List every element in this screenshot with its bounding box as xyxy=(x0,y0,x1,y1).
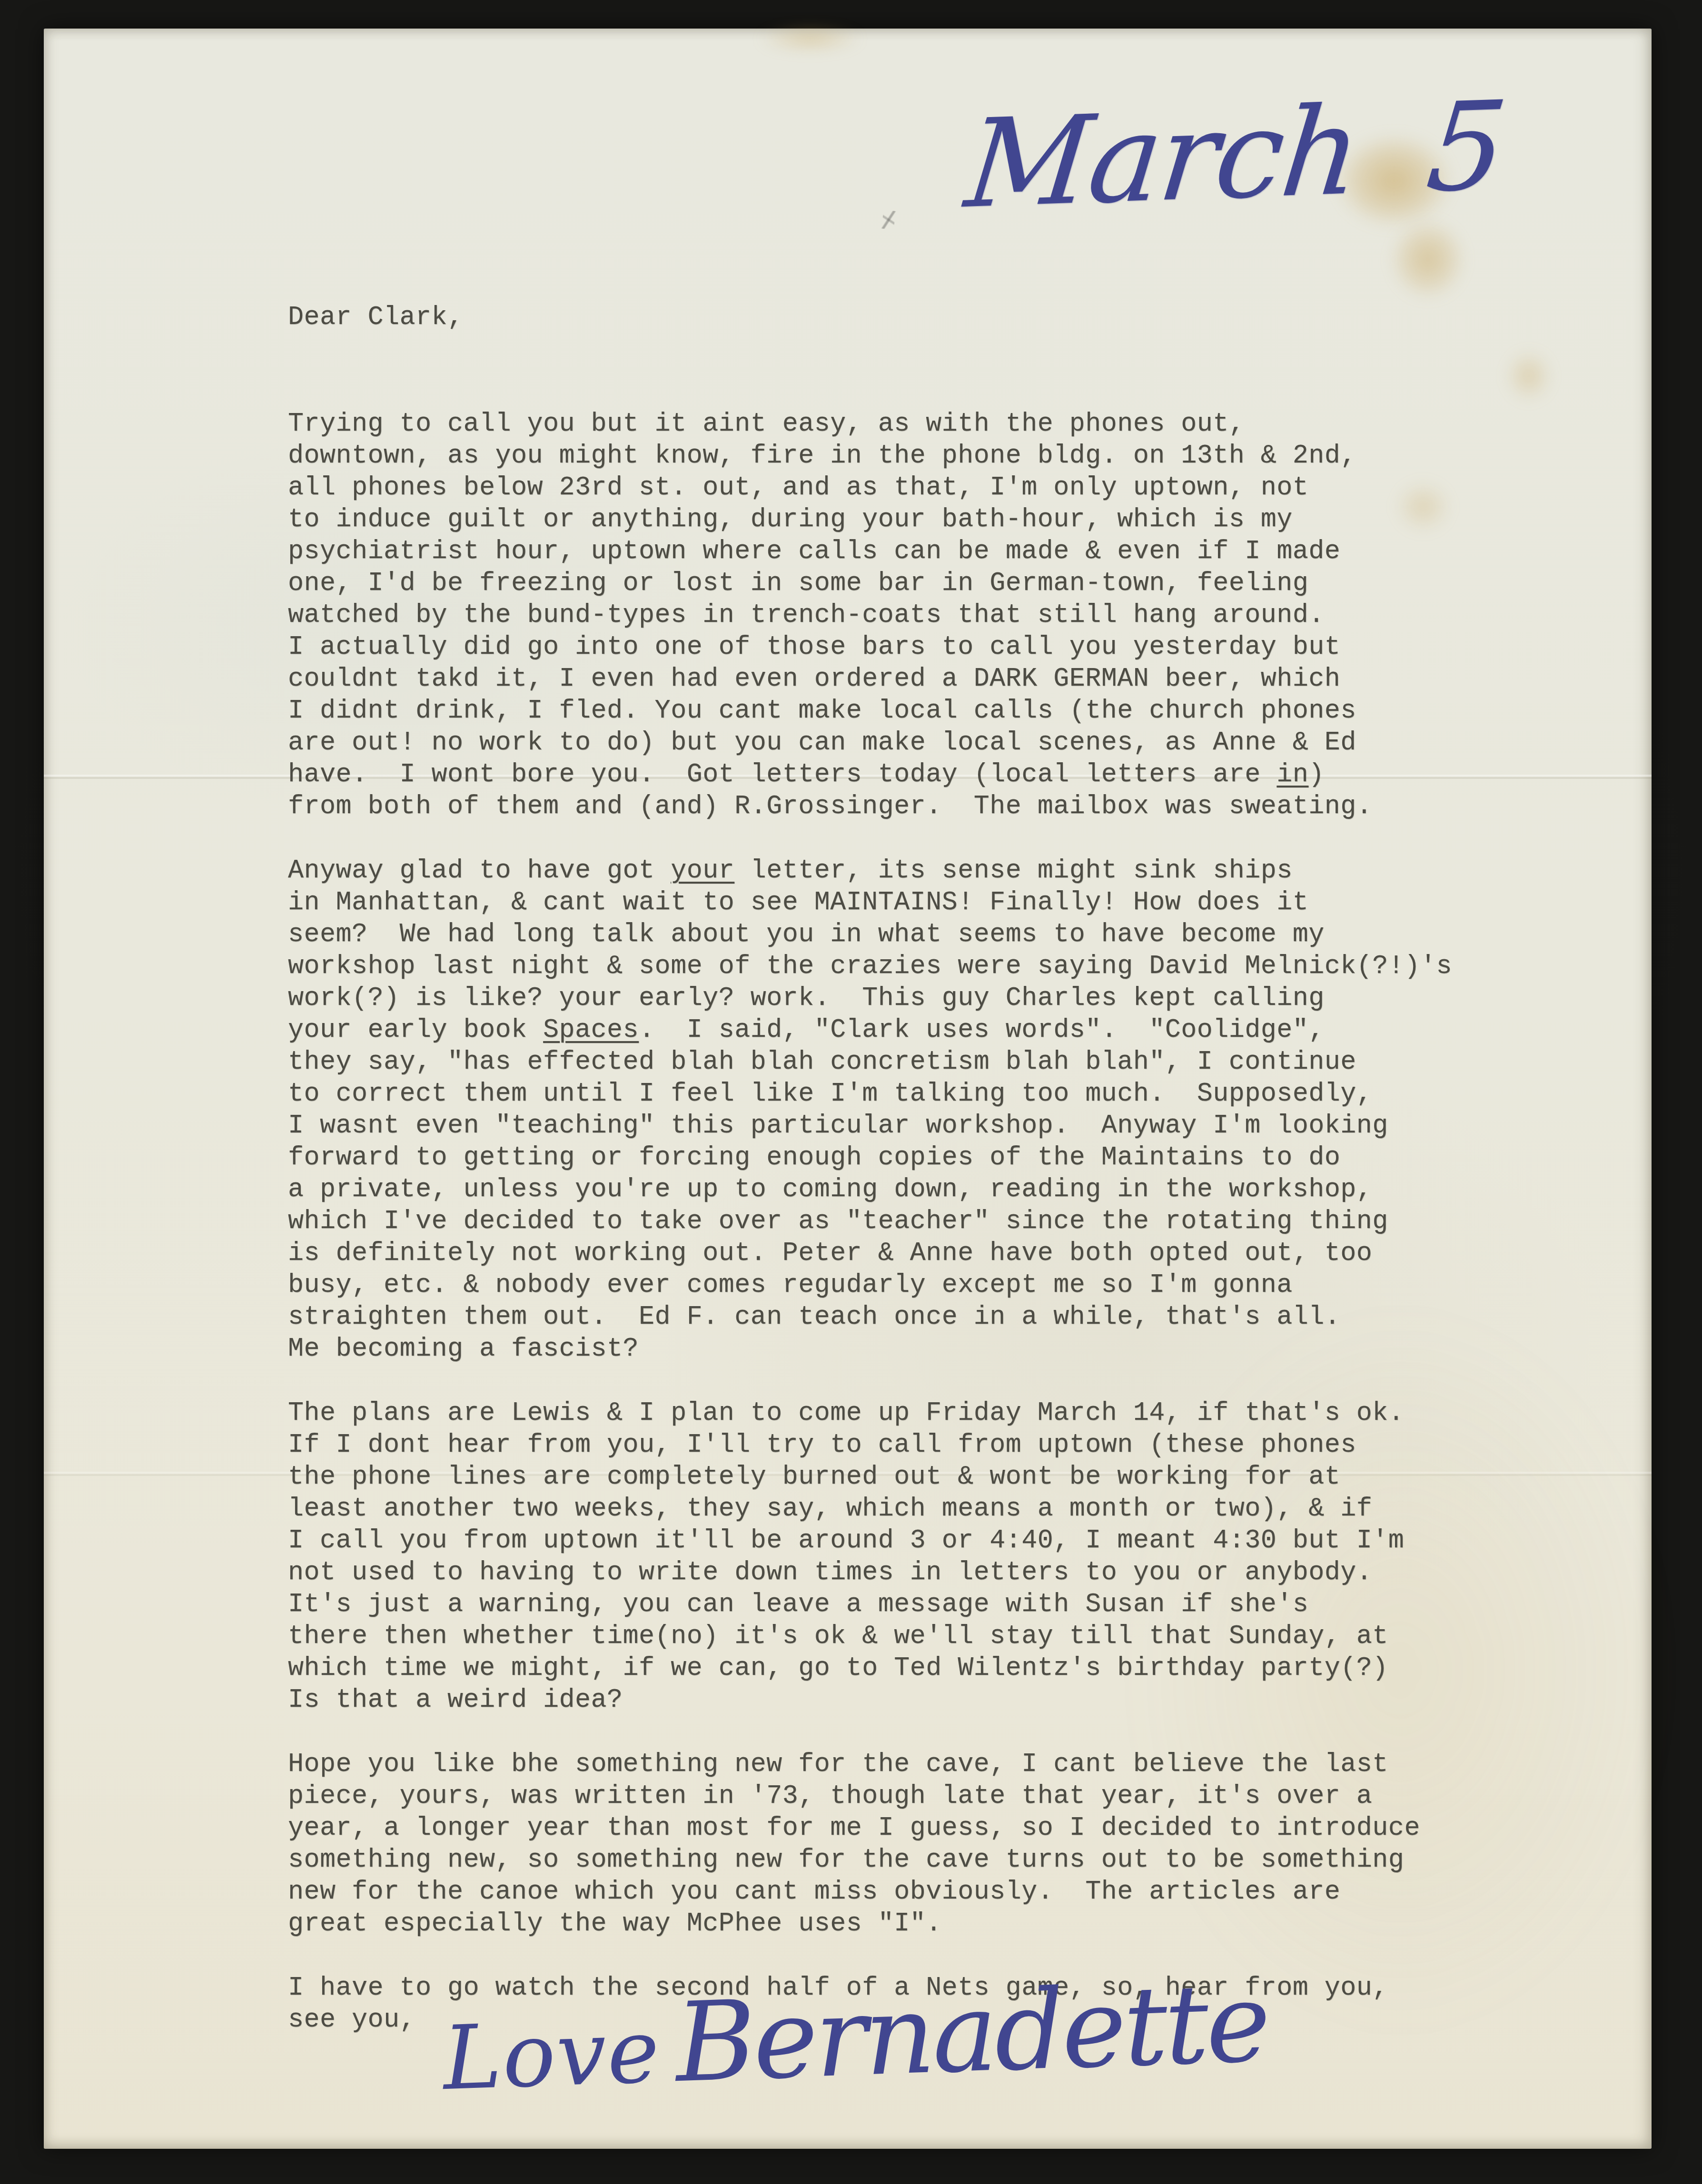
typewritten-line: straighten them out. Ed F. can teach onc… xyxy=(288,1301,1583,1333)
typewritten-line: forward to getting or forcing enough cop… xyxy=(288,1141,1583,1173)
signature-name: Bernadette xyxy=(673,1959,1270,2107)
typewritten-line: Anyway glad to have got your letter, its… xyxy=(288,855,1583,886)
paragraph: Anyway glad to have got your letter, its… xyxy=(288,855,1583,1365)
paragraph: The plans are Lewis & I plan to come up … xyxy=(288,1397,1583,1716)
typewritten-line: I call you from uptown it'll be around 3… xyxy=(288,1525,1583,1556)
typewritten-line: It's just a warning, you can leave a mes… xyxy=(288,1588,1583,1620)
typewritten-line: a private, unless you're up to coming do… xyxy=(288,1173,1583,1205)
typewritten-line: from both of them and (and) R.Grossinger… xyxy=(288,790,1583,822)
typewritten-line: new for the canoe which you cant miss ob… xyxy=(288,1876,1583,1908)
typewritten-line: your early book Spaces. I said, "Clark u… xyxy=(288,1014,1583,1046)
underlined-word: Spaces xyxy=(543,1015,639,1045)
typewritten-line: year, a longer year than most for me I g… xyxy=(288,1812,1583,1844)
paper-stain xyxy=(1390,219,1466,300)
typewritten-line: workshop last night & some of the crazie… xyxy=(288,950,1583,982)
signature-closing: Love xyxy=(441,1999,662,2110)
typewritten-line: least another two weeks, they say, which… xyxy=(288,1493,1583,1525)
typewritten-line: one, I'd be freezing or lost in some bar… xyxy=(288,567,1583,599)
typewritten-line: are out! no work to do) but you can make… xyxy=(288,727,1583,758)
smudge-mark xyxy=(881,209,896,230)
typewritten-line: Hope you like bhe something new for the … xyxy=(288,1748,1583,1780)
letter-page: March 5 Dear Clark, Trying to call you b… xyxy=(44,29,1652,2149)
typewritten-line: work(?) is like? your early? work. This … xyxy=(288,982,1583,1014)
underlined-word: in xyxy=(1276,759,1308,789)
typewritten-line: couldnt takd it, I even had even ordered… xyxy=(288,663,1583,695)
scanner-background: March 5 Dear Clark, Trying to call you b… xyxy=(0,0,1702,2184)
typewritten-line: the phone lines are completely burned ou… xyxy=(288,1461,1583,1493)
paper-stain xyxy=(758,26,862,52)
typewritten-line: there then whether time(no) it's ok & we… xyxy=(288,1620,1583,1652)
typewritten-line: I actually did go into one of those bars… xyxy=(288,631,1583,663)
typewritten-line: downtown, as you might know, fire in the… xyxy=(288,440,1583,472)
paragraphs-container: Trying to call you but it aint easy, as … xyxy=(288,408,1583,2036)
typewritten-line: not used to having to write down times i… xyxy=(288,1556,1583,1588)
typewritten-line: is definitely not working out. Peter & A… xyxy=(288,1237,1583,1269)
typewritten-line: which time we might, if we can, go to Te… xyxy=(288,1652,1583,1684)
typewritten-line: Is that a weird idea? xyxy=(288,1684,1583,1716)
letter-body: Dear Clark, Trying to call you but it ai… xyxy=(288,301,1583,2036)
greeting: Dear Clark, xyxy=(288,301,1583,333)
typewritten-line: they say, "has effected blah blah concre… xyxy=(288,1046,1583,1078)
handwritten-date: March 5 xyxy=(960,75,1511,236)
typewritten-line: watched by the bund-types in trench-coat… xyxy=(288,599,1583,631)
typewritten-line: have. I wont bore you. Got letters today… xyxy=(288,758,1583,790)
typewritten-line: busy, etc. & nobody ever comes regudarly… xyxy=(288,1269,1583,1301)
typewritten-line: in Manhattan, & cant wait to see MAINTAI… xyxy=(288,886,1583,918)
typewritten-line: psychiatrist hour, uptown where calls ca… xyxy=(288,535,1583,567)
typewritten-line: something new, so something new for the … xyxy=(288,1844,1583,1876)
typewritten-line: Me becoming a fascist? xyxy=(288,1333,1583,1365)
typewritten-line: great especially the way McPhee uses "I"… xyxy=(288,1908,1583,1939)
paragraph: Trying to call you but it aint easy, as … xyxy=(288,408,1583,822)
typewritten-line: piece, yours, was written in '73, though… xyxy=(288,1780,1583,1812)
underlined-word: your xyxy=(671,856,734,885)
typewritten-line: which I've decided to take over as "teac… xyxy=(288,1205,1583,1237)
typewritten-line: If I dont hear from you, I'll try to cal… xyxy=(288,1429,1583,1461)
typewritten-line: Trying to call you but it aint easy, as … xyxy=(288,408,1583,440)
typewritten-line: to correct them until I feel like I'm ta… xyxy=(288,1078,1583,1110)
typewritten-line: I didnt drink, I fled. You cant make loc… xyxy=(288,695,1583,727)
typewritten-line: seem? We had long talk about you in what… xyxy=(288,918,1583,950)
typewritten-line: to induce guilt or anything, during your… xyxy=(288,503,1583,535)
paragraph: Hope you like bhe something new for the … xyxy=(288,1748,1583,1939)
typewritten-line: all phones below 23rd st. out, and as th… xyxy=(288,472,1583,503)
typewritten-line: The plans are Lewis & I plan to come up … xyxy=(288,1397,1583,1429)
typewritten-line: I wasnt even "teaching" this particular … xyxy=(288,1110,1583,1141)
